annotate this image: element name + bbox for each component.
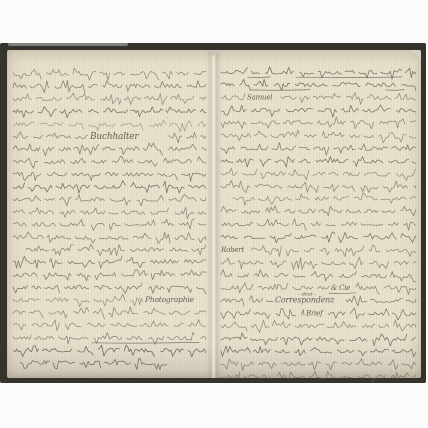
- letter-sheet: [7, 50, 421, 378]
- paper-corner-fold: [411, 50, 421, 59]
- fold-top-notch: [208, 50, 220, 56]
- backing-highlight: [8, 42, 128, 46]
- letter-photograph: BuchhalterPhotographieSamuelRobert& CieC…: [0, 0, 428, 428]
- center-fold: [206, 50, 222, 378]
